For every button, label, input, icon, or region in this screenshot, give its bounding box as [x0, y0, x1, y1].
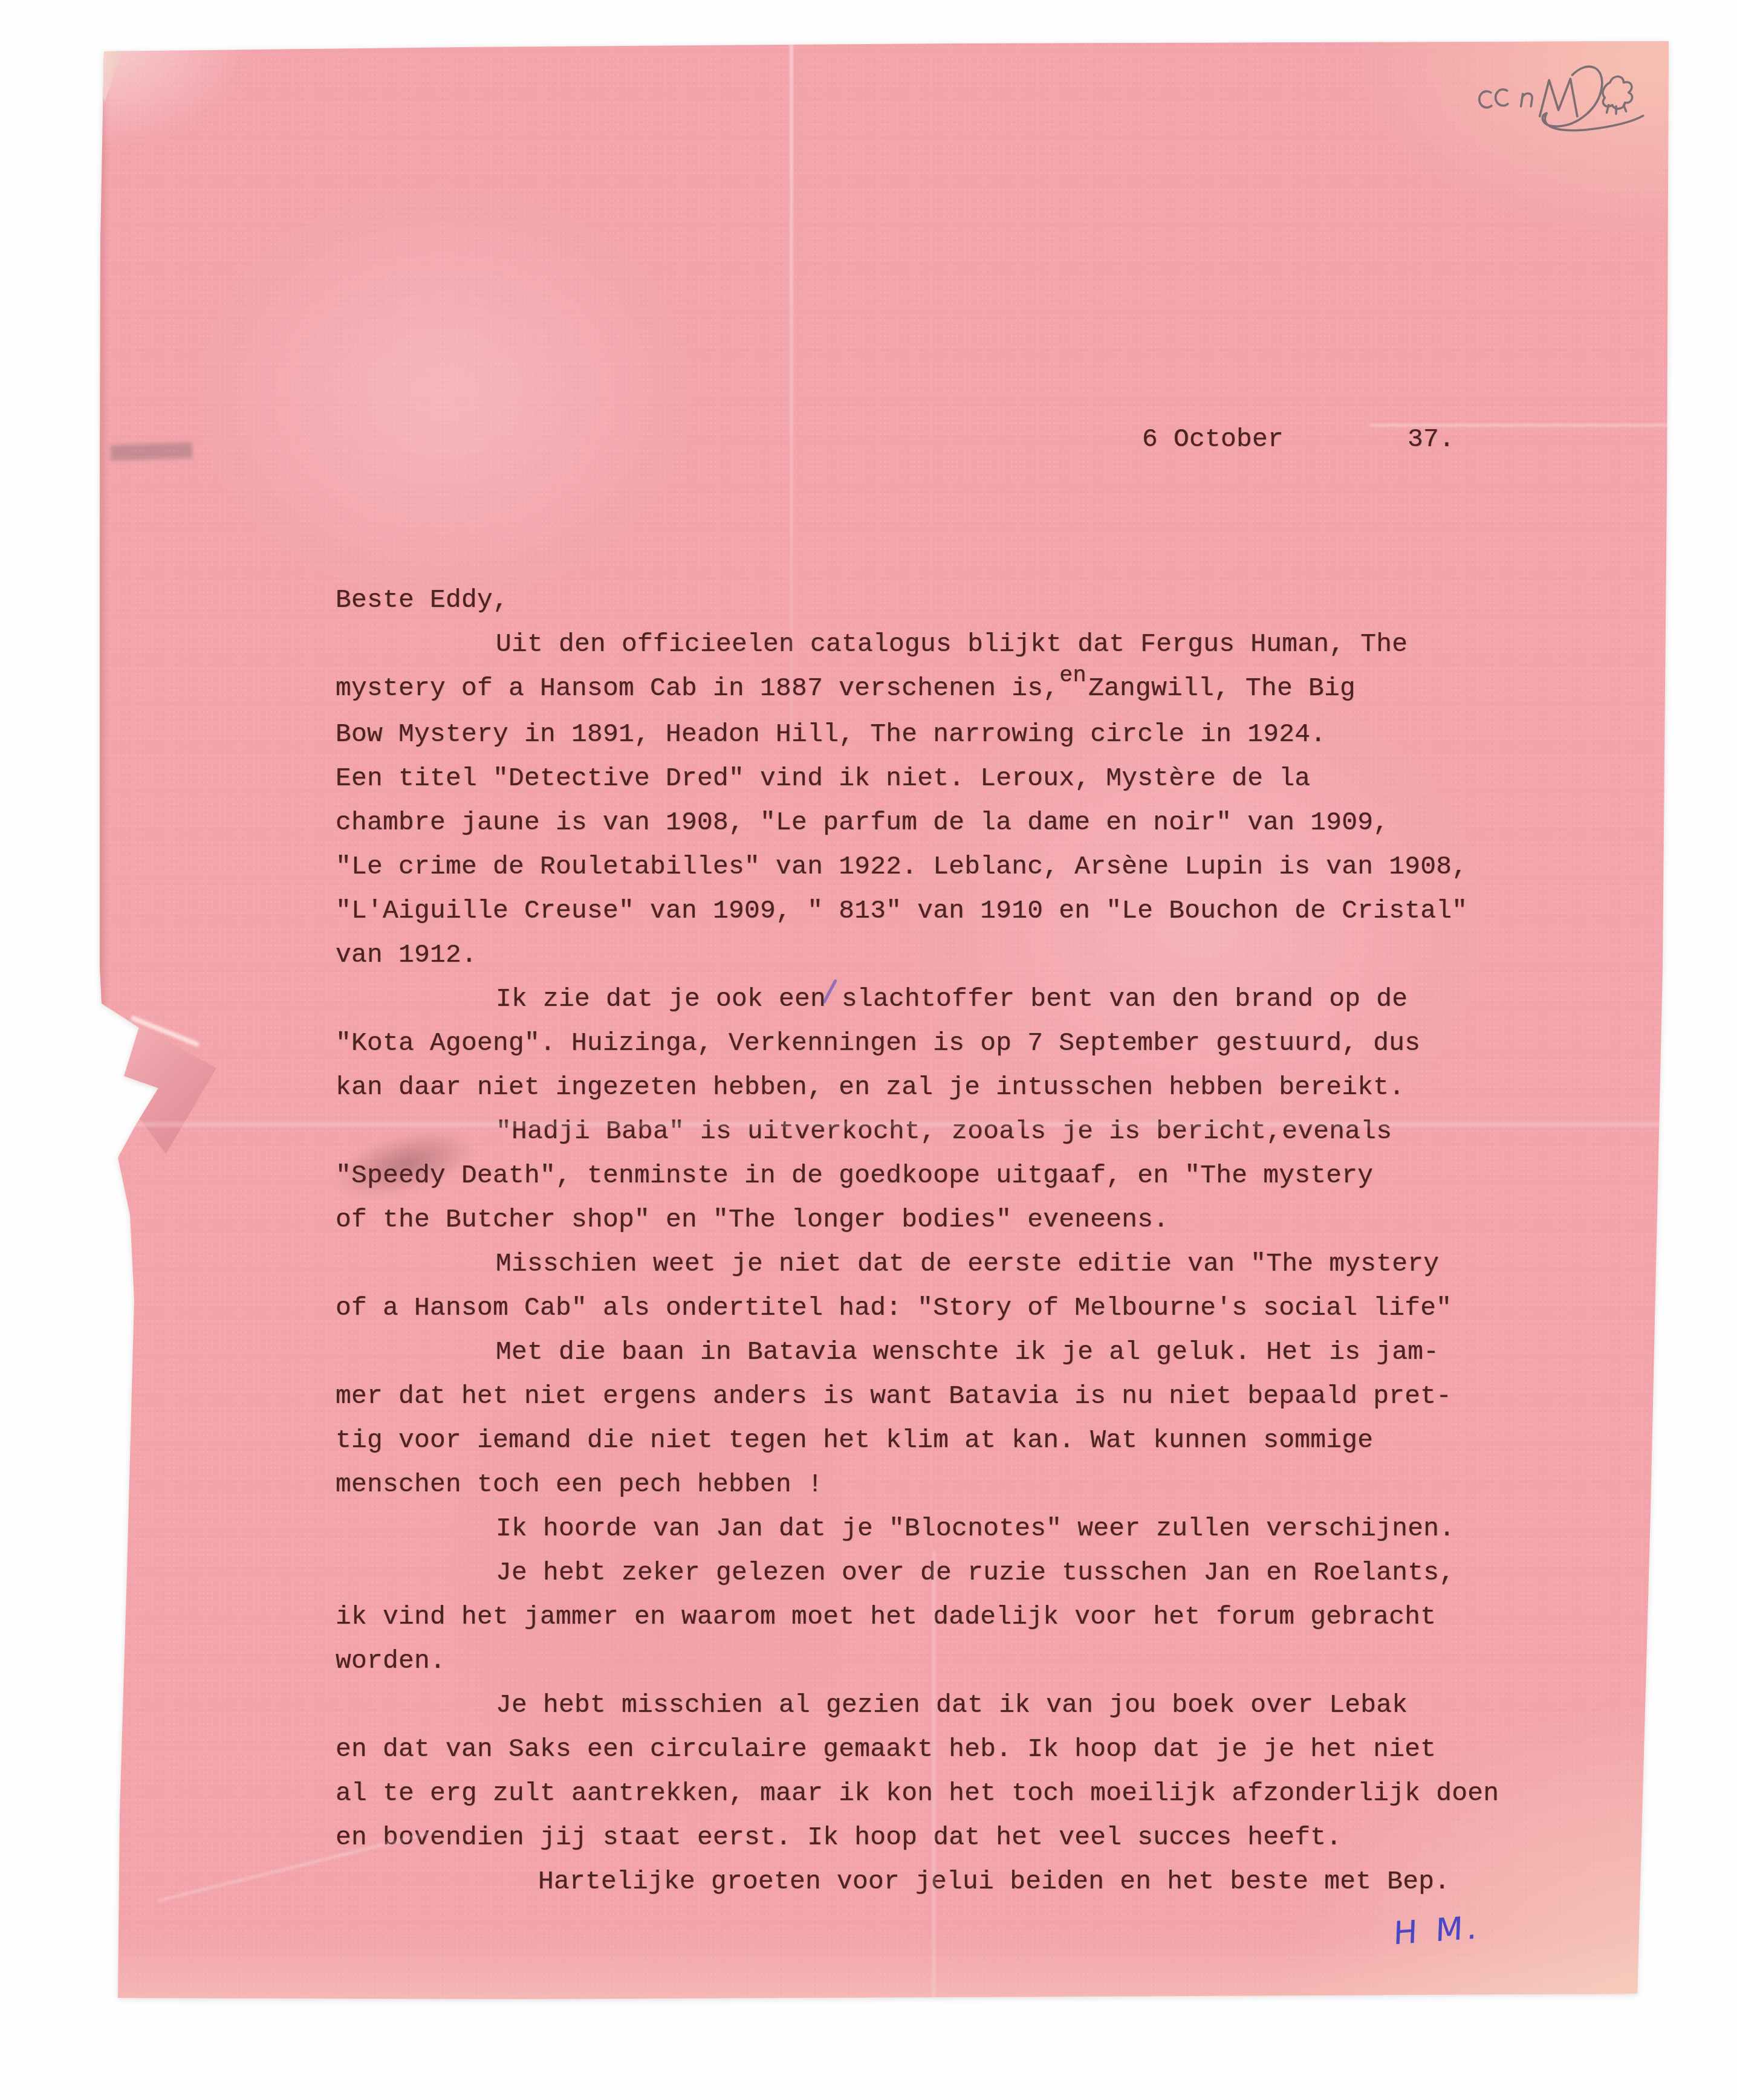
signature-initials: H M.	[1393, 1910, 1482, 1952]
letter-line: mystery of a Hansom Cab in 1887 verschen…	[336, 666, 1605, 712]
letter-line: kan daar niet ingezeten hebben, en zal j…	[336, 1065, 1605, 1109]
crease-vertical-bottom	[933, 1551, 935, 2002]
letter-body: Beste Eddy, Uit den officieelen catalogu…	[336, 578, 1605, 1904]
letter-line: van 1912.	[336, 933, 1605, 977]
letter-line: ik vind het jammer en waarom moet het da…	[336, 1595, 1605, 1639]
letter-line: of a Hansom Cab" als ondertitel had: "St…	[336, 1286, 1605, 1330]
letter-line: al te erg zult aantrekken, maar ik kon h…	[336, 1771, 1605, 1815]
letter-line: en dat van Saks een circulaire gemaakt h…	[336, 1727, 1605, 1771]
crease-horizontal-middle	[100, 1123, 1670, 1126]
date: 6 October	[1142, 417, 1284, 461]
date-year: 37.	[1407, 417, 1455, 461]
salutation: Beste Eddy,	[336, 578, 1605, 622]
corner-fold	[100, 46, 123, 102]
letter-line: Ik zie dat je ook een slachtoffer bent v…	[336, 977, 1605, 1021]
letter-line: chambre jaune is van 1908, "Le parfum de…	[336, 800, 1605, 844]
letter-line: Misschien weet je niet dat de eerste edi…	[336, 1242, 1605, 1286]
letter-line: mer dat het niet ergens anders is want B…	[336, 1374, 1605, 1418]
crease-vertical-top	[790, 40, 793, 741]
scan-background: 6 October37. Beste Eddy, Uit den officie…	[0, 0, 1737, 2100]
letter-line: Een titel "Detective Dred" vind ik niet.…	[336, 756, 1605, 800]
inserted-word: en	[1059, 654, 1086, 698]
letter-line: Je hebt misschien al gezien dat ik van j…	[336, 1683, 1605, 1727]
letter-line: "Le crime de Rouletabilles" van 1922. Le…	[336, 844, 1605, 889]
letter-line: en bovendien jij staat eerst. Ik hoop da…	[336, 1815, 1605, 1859]
letter-line: "Kota Agoeng". Huizinga, Verkenningen is…	[336, 1021, 1605, 1065]
letter-line: menschen toch een pech hebben !	[336, 1462, 1605, 1506]
letter-line: Met die baan in Batavia wenschte ik je a…	[336, 1330, 1605, 1374]
letter-line: "L'Aiguille Creuse" van 1909, " 813" van…	[336, 889, 1605, 933]
letter-line: "Speedy Death", tenminste in de goedkoop…	[336, 1153, 1605, 1197]
pencil-smudge	[111, 442, 193, 461]
letter-line: of the Butcher shop" en "The longer bodi…	[336, 1197, 1605, 1242]
crease-horizontal-right	[1369, 424, 1670, 426]
torn-edge-flap	[123, 1024, 216, 1154]
letter-line: Ik hoorde van Jan dat je "Blocnotes" wee…	[336, 1506, 1605, 1551]
letter-line: tig voor iemand die niet tegen het klim …	[336, 1418, 1605, 1462]
monogram-m-lion-pencil-icon	[1478, 55, 1648, 143]
paper-wrap: 6 October37. Beste Eddy, Uit den officie…	[100, 40, 1670, 2002]
letter-line: Hartelijke groeten voor jelui beiden en …	[336, 1859, 1605, 1904]
letter-paper: 6 October37. Beste Eddy, Uit den officie…	[100, 40, 1670, 2002]
letter-line: Uit den officieelen catalogus blijkt dat…	[336, 622, 1605, 666]
letter-line: "Hadji Baba" is uitverkocht, zooals je i…	[336, 1109, 1605, 1153]
letter-line: worden.	[336, 1639, 1605, 1683]
letter-line: Je hebt zeker gelezen over de ruzie tuss…	[336, 1551, 1605, 1595]
dateline: 6 October37.	[1142, 417, 1455, 461]
letter-line: Bow Mystery in 1891, Headon Hill, The na…	[336, 712, 1605, 756]
